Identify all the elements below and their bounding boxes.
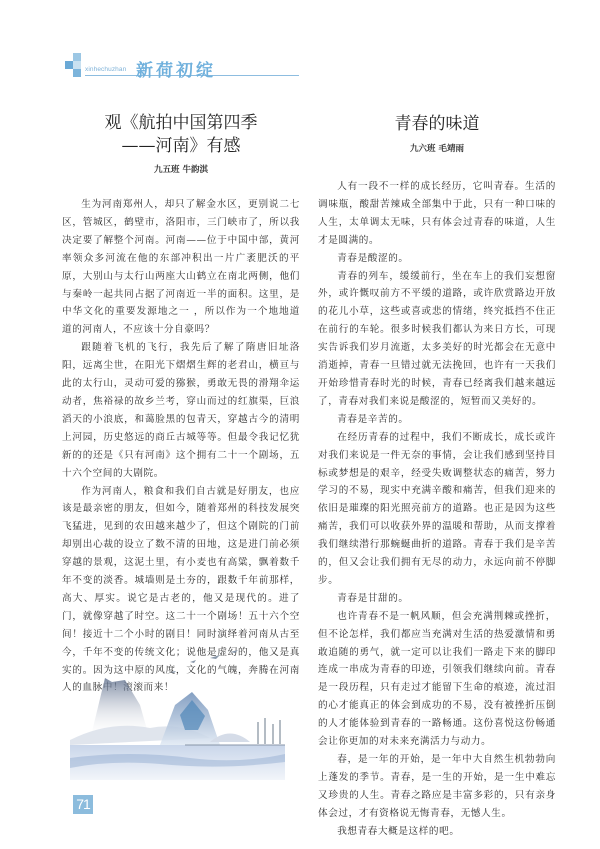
section-title: 新荷初绽	[136, 56, 216, 81]
paragraph: 生为河南郑州人，却只了解金水区，更别说二七区，管城区，鹤壁市，洛阳市，三门峡市了…	[62, 196, 300, 339]
section-pinyin: xinhechuzhan	[85, 66, 126, 73]
left-article-title: 观《航拍中国第四季 ——河南》有感	[62, 112, 300, 158]
ink-landscape-icon	[70, 650, 285, 780]
paragraph: 春，是一年的开始，是一年中大自然生机勃勃向上蓬发的季节。青春，是一生的开始，是一…	[318, 751, 556, 823]
paragraph: 青春是甘甜的。	[318, 590, 556, 608]
title-line-2: ——河南》有感	[62, 135, 300, 158]
page-number: 71	[73, 795, 93, 814]
paragraph: 我想青春大概是这样的吧。	[318, 823, 556, 841]
paragraph: 青春的列车，缓缓前行，坐在车上的我们妄想窗外，或许慨叹前方不平缓的道路，或许欣赏…	[318, 268, 556, 411]
paragraph: 青春是辛苦的。	[318, 411, 556, 429]
left-article-author: 九五班 牛韵淇	[62, 163, 300, 175]
section-header: xinhechuzhan 新荷初绽	[65, 53, 290, 81]
landscape-illustration	[70, 650, 285, 780]
paragraph: 也许青春不是一帆风顺，但会充满荆棘或挫折，但不论怎样，我们都应当充满对生活的热爱…	[318, 608, 556, 751]
paragraph: 跟随着飞机的飞行，我先后了解了隋唐旧址洛阳，远离尘世，在阳光下熠熠生辉的老君山，…	[62, 339, 300, 482]
right-article-author: 九六班 毛靖雨	[318, 142, 556, 154]
title-line-1: 观《航拍中国第四季	[62, 112, 300, 135]
paragraph: 人有一段不一样的成长经历，它叫青春。生活的调味瓶，酸甜苦辣咸全部集中于此，只有一…	[318, 178, 556, 250]
paragraph: 青春是酸涩的。	[318, 250, 556, 268]
right-article-body: 人有一段不一样的成长经历，它叫青春。生活的调味瓶，酸甜苦辣咸全部集中于此，只有一…	[318, 178, 556, 841]
left-article-body: 生为河南郑州人，却只了解金水区，更别说二七区，管城区，鹤壁市，洛阳市，三门峡市了…	[62, 196, 300, 697]
paragraph: 在经历青春的过程中，我们不断成长，成长或许对我们来说是一件无奈的事情，会让我们感…	[318, 429, 556, 590]
right-article-title: 青春的味道	[318, 113, 556, 136]
